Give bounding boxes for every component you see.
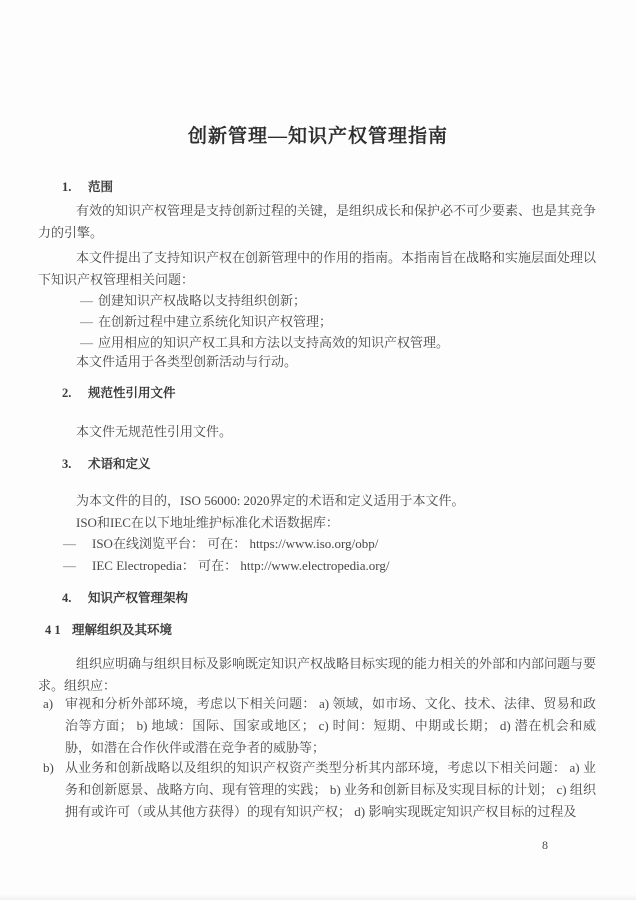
list-item-a: a) 审视和分析外部环境，考虑以下相关问题： a) 领域，如市场、文化、技术、法… (43, 693, 596, 759)
item-a-text: 审视和分析外部环境，考虑以下相关问题： a) 领域，如市场、文化、技术、法律、贸… (65, 693, 596, 759)
iec-electropedia-source: IEC Electropedia： 可在： http://www.electro… (92, 555, 389, 577)
context-paragraph: 组织应明确与组织目标及影响既定知识产权战略目标实现的能力相关的外部和内部问题与要… (38, 653, 596, 697)
section-4-title: 知识产权管理架构 (88, 591, 188, 605)
item-b-marker: b) (43, 757, 65, 823)
scope-bullet-1: 创建知识产权战略以支持组织创新； (98, 291, 306, 312)
section-2-number: 2. (62, 384, 88, 402)
section-1-number: 1. (62, 178, 88, 196)
scope-paragraph-1: 有效的知识产权管理是支持创新过程的关键，是组织成长和保护必不可少要素、也是其竞争… (38, 200, 596, 244)
section-3-heading: 3.术语和定义 (62, 455, 151, 473)
section-2-title: 规范性引用文件 (88, 386, 176, 400)
section-4-number: 4. (62, 589, 88, 607)
dash-bullet-icon: — (63, 555, 92, 577)
list-item: — ISO在线浏览平台： 可在： https://www.iso.org/obp… (0, 533, 596, 555)
dash-bullet-icon: — (80, 312, 98, 333)
terms-paragraph-1: 为本文件的目的，ISO 56000: 2020界定的术语和定义适用于本文件。 (38, 490, 596, 512)
section-4-1-heading: 4 1理解组织及其环境 (45, 621, 172, 639)
section-3-title: 术语和定义 (88, 457, 151, 471)
section-1-heading: 1.范围 (62, 178, 113, 196)
page-number: 8 (542, 838, 548, 853)
item-b-text: 从业务和创新战略以及组织的知识产权资产类型分析其内部环境，考虑以下相关问题： a… (65, 757, 596, 823)
section-2-heading: 2.规范性引用文件 (62, 384, 176, 402)
scope-paragraph-3: 本文件适用于各类型创新活动与行动。 (38, 351, 596, 373)
document-title: 创新管理—知识产权管理指南 (0, 121, 636, 148)
scope-bullet-2: 在创新过程中建立系统化知识产权管理； (98, 312, 332, 333)
dash-bullet-icon: — (63, 533, 92, 555)
section-4-heading: 4.知识产权管理架构 (62, 589, 188, 607)
list-item-b: b) 从业务和创新战略以及组织的知识产权资产类型分析其内部环境，考虑以下相关问题… (43, 757, 596, 823)
section-4-1-number: 4 1 (45, 621, 72, 639)
dash-bullet-icon: — (80, 291, 98, 312)
document-page: 创新管理—知识产权管理指南 1.范围 有效的知识产权管理是支持创新过程的关键，是… (0, 0, 636, 900)
list-item: — 在创新过程中建立系统化知识产权管理； (0, 312, 596, 333)
scope-bullet-list: — 创建知识产权战略以支持组织创新； — 在创新过程中建立系统化知识产权管理； … (0, 291, 596, 353)
terminology-source-list: — ISO在线浏览平台： 可在： https://www.iso.org/obp… (0, 533, 596, 577)
scope-paragraph-2: 本文件提出了支持知识产权在创新管理中的作用的指南。本指南旨在战略和实施层面处理以… (38, 247, 596, 291)
section-1-title: 范围 (88, 180, 113, 194)
normative-references-paragraph: 本文件无规范性引用文件。 (38, 421, 596, 443)
iso-obp-source: ISO在线浏览平台： 可在： https://www.iso.org/obp/ (92, 533, 378, 555)
list-item: — IEC Electropedia： 可在： http://www.elect… (0, 555, 596, 577)
section-3-number: 3. (62, 455, 88, 473)
section-4-1-title: 理解组织及其环境 (72, 623, 172, 637)
terms-paragraph-2: ISO和IEC在以下地址维护标准化术语数据库： (38, 512, 596, 534)
item-a-marker: a) (43, 693, 65, 759)
list-item: — 创建知识产权战略以支持组织创新； (0, 291, 596, 312)
